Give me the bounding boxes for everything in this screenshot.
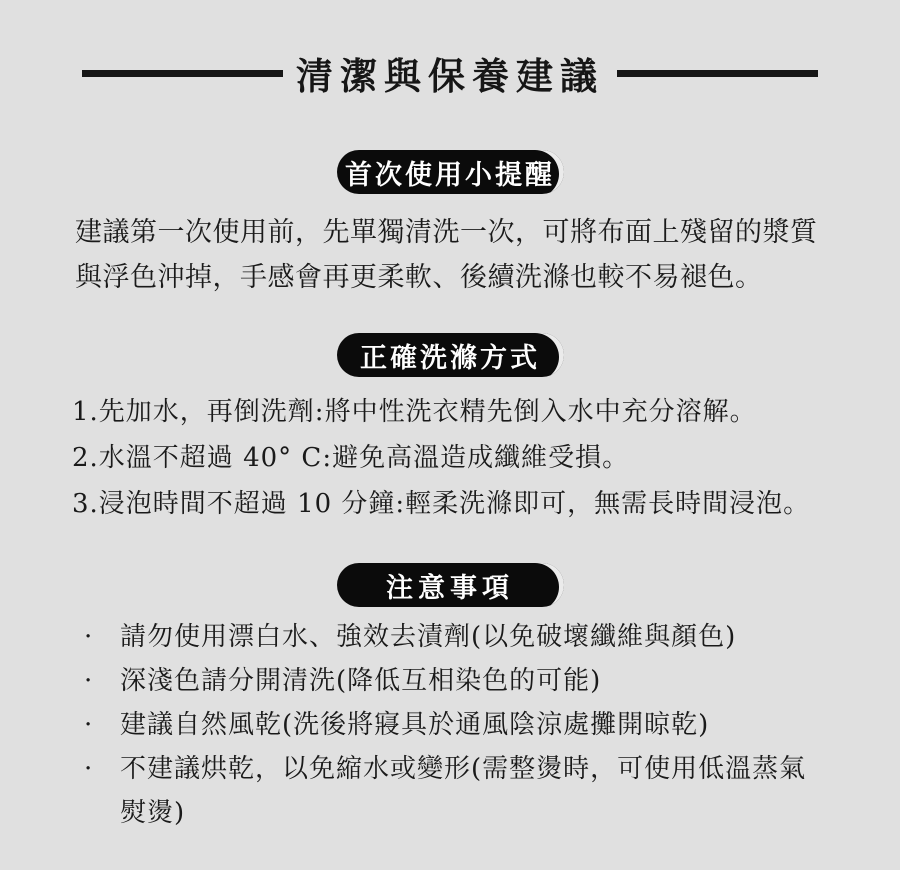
note-item-4: · 不建議烘乾，以免縮水或變形(需整燙時，可使用低溫蒸氣熨燙): [84, 747, 830, 835]
section-washing-method: 正確洗滌方式 1.先加水，再倒洗劑:將中性洗衣精先倒入水中充分溶解。 2.水溫不…: [0, 333, 900, 527]
badge-first-use-reminder: 首次使用小提醒: [337, 150, 564, 194]
title-rule-right: [617, 70, 818, 77]
section-notes: 注意事項 · 請勿使用漂白水、強效去漬劑(以免破壞纖維與顏色) · 深淺色請分開…: [0, 563, 900, 835]
note-text-2: 深淺色請分開清洗(降低互相染色的可能): [120, 659, 826, 703]
bullet-dot-icon: ·: [84, 703, 120, 747]
first-use-paragraph: 建議第一次使用前，先單獨清洗一次，可將布面上殘留的漿質與浮色沖掉，手感會再更柔軟…: [0, 210, 900, 300]
title-rule-left: [82, 70, 283, 77]
note-item-3: · 建議自然風乾(洗後將寢具於通風陰涼處攤開晾乾): [84, 703, 830, 747]
page-title-row: 清潔與保養建議: [0, 0, 900, 100]
note-text-3: 建議自然風乾(洗後將寢具於通風陰涼處攤開晾乾): [120, 703, 826, 747]
note-text-1: 請勿使用漂白水、強效去漬劑(以免破壞纖維與顏色): [120, 615, 826, 659]
care-guide-page: 清潔與保養建議 首次使用小提醒 建議第一次使用前，先單獨清洗一次，可將布面上殘留…: [0, 0, 900, 870]
note-text-4: 不建議烘乾，以免縮水或變形(需整燙時，可使用低溫蒸氣熨燙): [120, 747, 826, 835]
note-item-1: · 請勿使用漂白水、強效去漬劑(以免破壞纖維與顏色): [84, 615, 830, 659]
washing-step-2: 2.水溫不超過 40° C:避免高溫造成纖維受損。: [72, 435, 860, 481]
bullet-dot-icon: ·: [84, 747, 120, 791]
bullet-dot-icon: ·: [84, 659, 120, 703]
washing-step-3: 3.浸泡時間不超過 10 分鐘:輕柔洗滌即可，無需長時間浸泡。: [72, 481, 860, 527]
page-title: 清潔與保養建議: [296, 46, 604, 100]
washing-steps-list: 1.先加水，再倒洗劑:將中性洗衣精先倒入水中充分溶解。 2.水溫不超過 40° …: [0, 389, 900, 527]
notes-list: · 請勿使用漂白水、強效去漬劑(以免破壞纖維與顏色) · 深淺色請分開清洗(降低…: [0, 615, 900, 835]
bullet-dot-icon: ·: [84, 615, 120, 659]
washing-step-1: 1.先加水，再倒洗劑:將中性洗衣精先倒入水中充分溶解。: [72, 389, 860, 435]
badge-notes: 注意事項: [337, 563, 564, 607]
note-item-2: · 深淺色請分開清洗(降低互相染色的可能): [84, 659, 830, 703]
section-first-use: 首次使用小提醒 建議第一次使用前，先單獨清洗一次，可將布面上殘留的漿質與浮色沖掉…: [0, 150, 900, 300]
badge-washing-method: 正確洗滌方式: [337, 333, 564, 377]
